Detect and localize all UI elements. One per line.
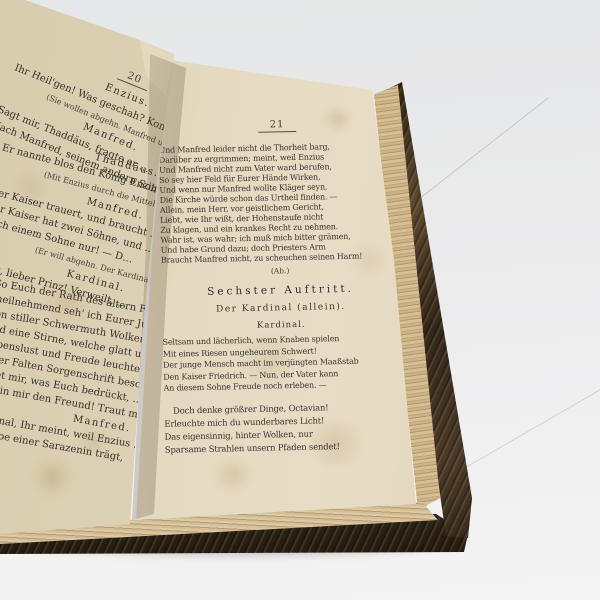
verse-block-1: Und Manfred leider nicht die Thorheit ba… bbox=[159, 141, 399, 266]
speaker-name: Kardinal. bbox=[162, 318, 400, 333]
scene-heading: Sechster Auftritt. bbox=[161, 282, 399, 299]
foxing-stain bbox=[30, 460, 74, 494]
surface-scratch bbox=[444, 380, 600, 481]
foxing-stain bbox=[210, 460, 256, 490]
verse-block-3: Doch denke größrer Dinge, Octavian! Erle… bbox=[164, 400, 403, 457]
right-page-text: 21 Und Manfred leider nicht die Thorheit… bbox=[150, 117, 403, 458]
verse-block-2: Seltsam und lächerlich, wenn Knaben spie… bbox=[163, 332, 402, 394]
scene-subheading: Der Kardinal (allein). bbox=[162, 301, 400, 316]
exit-note: (Ab.) bbox=[161, 264, 399, 278]
page-number-rule bbox=[258, 131, 296, 133]
photo-background: 21 Und Manfred leider nicht die Thorheit… bbox=[0, 0, 600, 600]
